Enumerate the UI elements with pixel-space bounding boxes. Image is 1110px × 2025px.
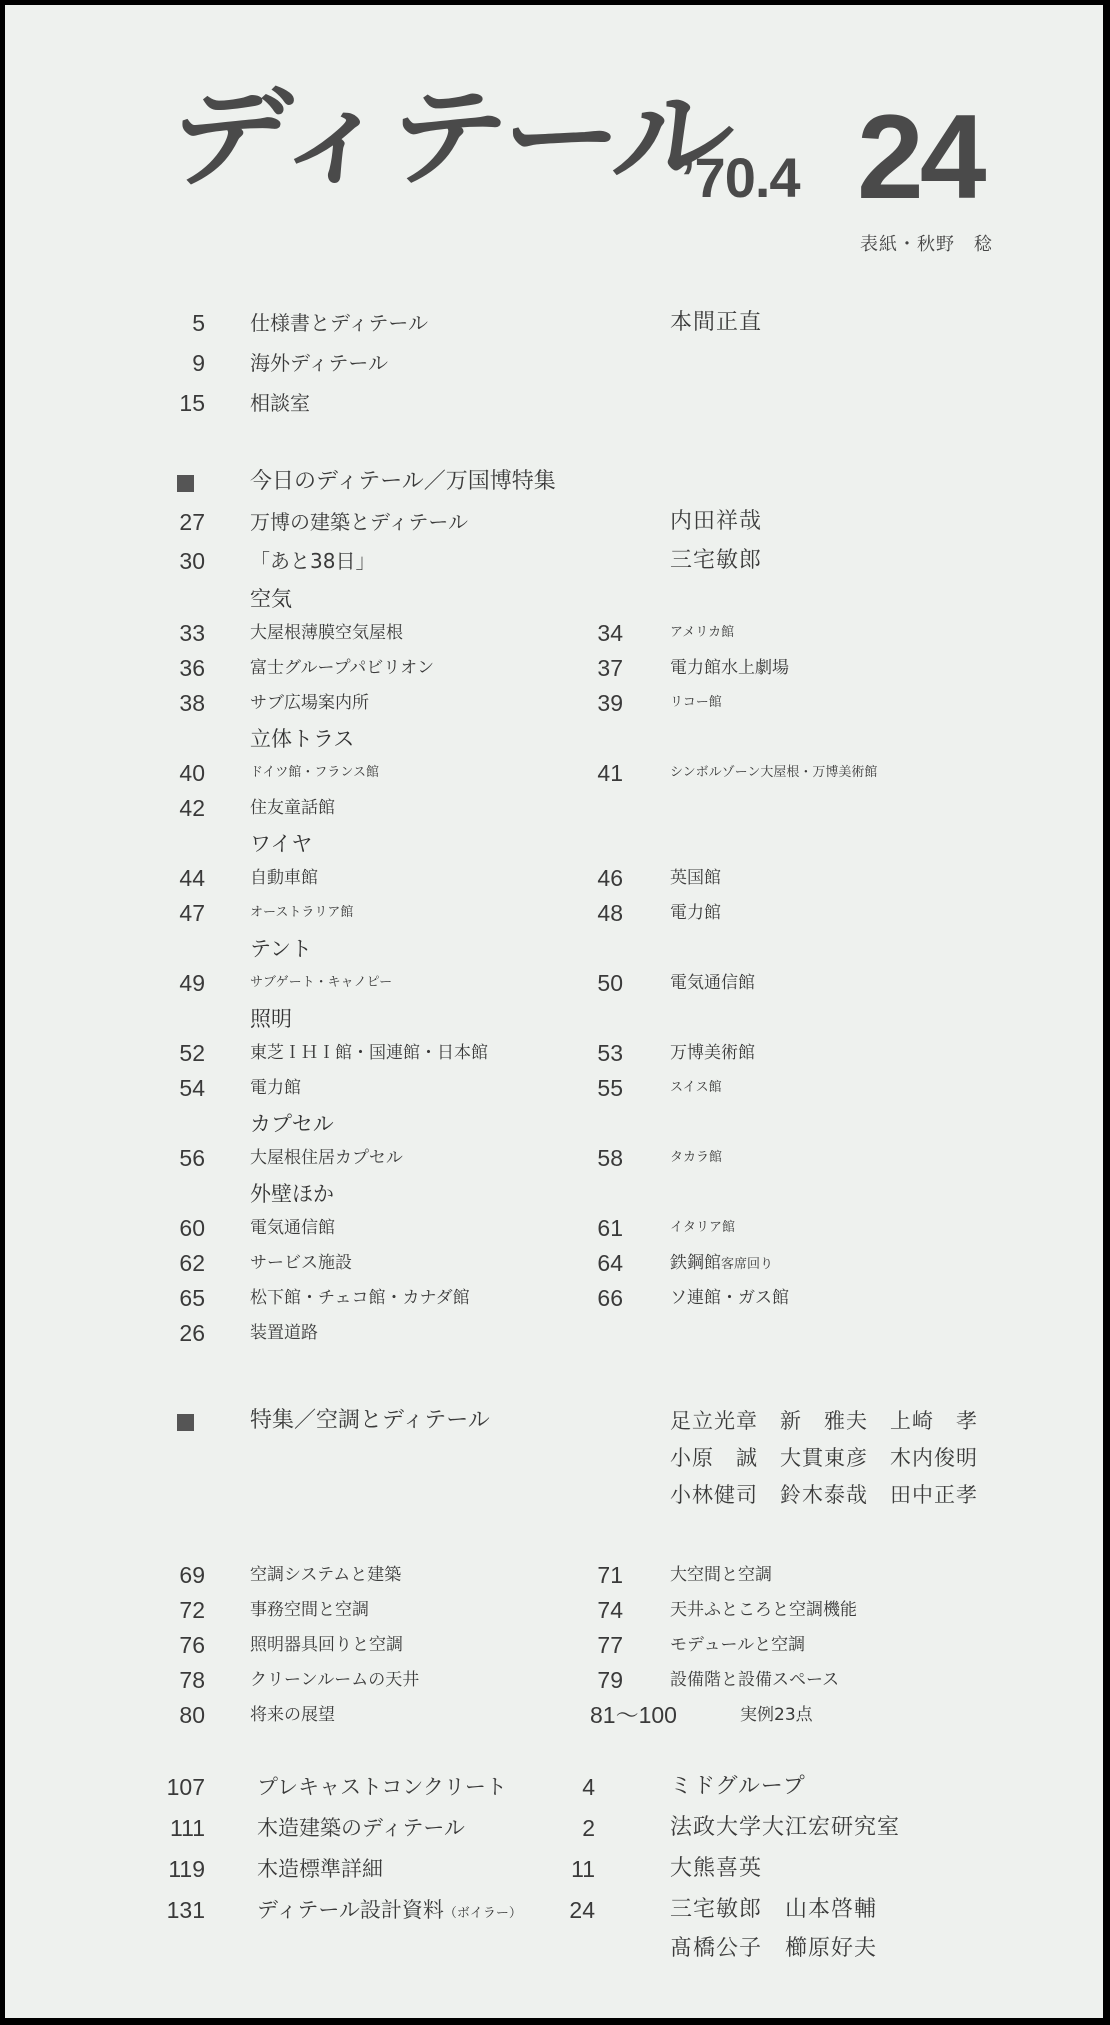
page-number: 72 <box>145 1595 205 1625</box>
entry-title: 自動車館 <box>250 863 318 893</box>
entry-title: 万博の建築とディテール <box>250 507 468 537</box>
series-entry[interactable]: 131 ディテール設計資料（ボイラー） 24 三宅敏郎 山本啓輔 <box>5 1895 1103 1925</box>
entry-title: 富士グループパビリオン <box>250 653 434 683</box>
entry-author: 法政大学大江宏研究室 <box>670 1813 900 1843</box>
group-label: テント <box>250 933 312 963</box>
entry-title-main: ディテール設計資料 <box>257 1898 444 1922</box>
entry-author: ミドグループ <box>670 1772 806 1802</box>
entry-title: ディテール設計資料（ボイラー） <box>257 1895 522 1929</box>
entry-title: モデュールと空調 <box>670 1630 805 1660</box>
page-number: 52 <box>145 1038 205 1068</box>
page-number: 26 <box>145 1318 205 1348</box>
toc-entry-pair[interactable]: 72 事務空間と空調 74 天井ふところと空調機能 <box>5 1595 1103 1625</box>
group-label: 立体トラス <box>250 723 354 753</box>
page-number: 65 <box>145 1283 205 1313</box>
toc-entry-pair[interactable]: 47 オーストラリア館 48 電力館 <box>5 898 1103 928</box>
page-number: 77 <box>563 1630 623 1660</box>
section-bullet-icon <box>177 475 194 492</box>
page-number: 69 <box>145 1560 205 1590</box>
page-number: 5 <box>145 308 205 338</box>
page-number: 79 <box>563 1665 623 1695</box>
toc-entry-pair[interactable]: 69 空調システムと建築 71 大空間と空調 <box>5 1560 1103 1590</box>
entry-title: シンボルゾーン大屋根・万博美術館 <box>670 758 877 788</box>
page-number: 80 <box>145 1700 205 1730</box>
entry-title: 住友童話館 <box>250 793 335 823</box>
entry-title: 鉄鋼館客席回り <box>670 1248 773 1280</box>
page-number: 64 <box>563 1248 623 1278</box>
page-number: 58 <box>563 1143 623 1173</box>
entry-title: サービス施設 <box>250 1248 352 1278</box>
entry-title: プレキャストコンクリート <box>257 1772 507 1802</box>
entry-title: 仕様書とディテール <box>250 308 428 338</box>
toc-entry-pair[interactable]: 52 東芝ＩＨＩ館・国連館・日本館 53 万博美術館 <box>5 1038 1103 1068</box>
toc-entry-pair[interactable]: 65 松下館・チェコ館・カナダ館 66 ソ連館・ガス館 <box>5 1283 1103 1313</box>
page-number: 40 <box>145 758 205 788</box>
page-number: 74 <box>563 1595 623 1625</box>
installment-number: 2 <box>535 1813 595 1843</box>
entry-title: ソ連館・ガス館 <box>670 1283 789 1313</box>
page-number: 37 <box>563 653 623 683</box>
toc-entry-pair[interactable]: 44 自動車館 46 英国館 <box>5 863 1103 893</box>
group-label: 外壁ほか <box>250 1178 334 1208</box>
entry-title: 大屋根薄膜空気屋根 <box>250 618 403 648</box>
entry-title: 「あと38日」 <box>250 546 375 576</box>
entry-title: イタリア館 <box>670 1213 735 1243</box>
page-number: 9 <box>145 348 205 378</box>
entry-title: 空調システムと建築 <box>250 1560 401 1590</box>
page-number: 66 <box>563 1283 623 1313</box>
page-number: 111 <box>145 1813 205 1843</box>
entry-title: クリーンルームの天井 <box>250 1665 419 1695</box>
entry-title: サブゲート・キャノピー <box>250 968 392 998</box>
page-number: 49 <box>145 968 205 998</box>
page-number: 53 <box>563 1038 623 1068</box>
page-number: 30 <box>145 546 205 576</box>
page-number: 27 <box>145 507 205 537</box>
page-number: 46 <box>563 863 623 893</box>
page-number: 78 <box>145 1665 205 1695</box>
entry-title: 電気通信館 <box>250 1213 335 1243</box>
entry-author: 大熊喜英 <box>670 1854 762 1884</box>
entry-title: 大空間と空調 <box>670 1560 772 1590</box>
series-entry[interactable]: 111 木造建築のディテール 2 法政大学大江宏研究室 <box>5 1813 1103 1843</box>
entry-title-note: 客席回り <box>721 1257 773 1272</box>
page-number: 54 <box>145 1073 205 1103</box>
page-number: 55 <box>563 1073 623 1103</box>
toc-entry-pair[interactable]: 56 大屋根住居カプセル 58 タカラ館 <box>5 1143 1103 1173</box>
toc-entry-pair[interactable]: 49 サブゲート・キャノピー 50 電気通信館 <box>5 968 1103 998</box>
toc-entry[interactable]: 42 住友童話館 <box>5 793 1103 823</box>
cover-credit: 表紙・秋野 稔 <box>860 230 993 256</box>
toc-entry-pair[interactable]: 33 大屋根薄膜空気屋根 34 アメリカ館 <box>5 618 1103 648</box>
toc-entry[interactable]: 15 相談室 <box>5 388 1103 418</box>
page-number: 41 <box>563 758 623 788</box>
entry-title: 相談室 <box>250 388 310 418</box>
entry-title: 電力館 <box>670 898 721 928</box>
entry-title: 設備階と設備スペース <box>670 1665 839 1695</box>
group-label: 空気 <box>250 583 292 613</box>
page-number: 42 <box>145 793 205 823</box>
magazine-title: ディテール <box>164 85 733 193</box>
page-range: 81～100 <box>590 1700 700 1730</box>
entry-author: 本間正直 <box>670 308 762 338</box>
toc-entry-pair[interactable]: 36 富士グループパビリオン 37 電力館水上劇場 <box>5 653 1103 683</box>
issue-number: 24 <box>857 97 982 217</box>
entry-title: 装置道路 <box>250 1318 318 1348</box>
toc-entry[interactable]: 27 万博の建築とディテール 内田祥哉 <box>5 507 1103 537</box>
entry-title: 電気通信館 <box>670 968 755 998</box>
entry-title: 天井ふところと空調機能 <box>670 1595 857 1625</box>
page-number: 33 <box>145 618 205 648</box>
page-number: 61 <box>563 1213 623 1243</box>
page-number: 50 <box>563 968 623 998</box>
page-number: 131 <box>145 1895 205 1925</box>
section-bullet-icon <box>177 1414 194 1431</box>
toc-entry-pair[interactable]: 76 照明器具回りと空調 77 モデュールと空調 <box>5 1630 1103 1660</box>
entry-title-main: 鉄鋼館 <box>670 1253 721 1273</box>
entry-author: 三宅敏郎 山本啓輔 <box>670 1895 877 1925</box>
page-number: 71 <box>563 1560 623 1590</box>
entry-title: ドイツ館・フランス館 <box>250 758 379 788</box>
page-number: 107 <box>145 1772 205 1802</box>
entry-title: 松下館・チェコ館・カナダ館 <box>250 1283 470 1313</box>
entry-title: 海外ディテール <box>250 348 388 378</box>
toc-entry-pair[interactable]: 80 将来の展望 81～100 実例23点 <box>5 1700 1103 1730</box>
entry-title: 実例23点 <box>740 1700 813 1730</box>
issue-date: ’70.4 <box>680 145 800 210</box>
entry-title: サブ広場案内所 <box>250 688 369 718</box>
toc-entry-pair[interactable]: 78 クリーンルームの天井 79 設備階と設備スペース <box>5 1665 1103 1695</box>
page-number: 38 <box>145 688 205 718</box>
hvac-authors-line-3: 小林健司 鈴木泰哉 田中正孝 <box>670 1480 978 1510</box>
series-entry[interactable]: 119 木造標準詳細 11 大熊喜英 <box>5 1854 1103 1884</box>
entry-title: 電力館 <box>250 1073 301 1103</box>
section-heading-hvac: 特集／空調とディテール <box>250 1406 490 1436</box>
page-number: 34 <box>563 618 623 648</box>
group-label: 照明 <box>250 1003 292 1033</box>
installment-number: 4 <box>535 1772 595 1802</box>
page-number: 119 <box>145 1854 205 1884</box>
entry-title-note: （ボイラー） <box>444 1906 522 1921</box>
toc-entry[interactable]: 26 装置道路 <box>5 1318 1103 1348</box>
page-number: 47 <box>145 898 205 928</box>
installment-number: 11 <box>535 1854 595 1884</box>
entry-title: 木造建築のディテール <box>257 1813 465 1843</box>
entry-title: 照明器具回りと空調 <box>250 1630 403 1660</box>
entry-title: 事務空間と空調 <box>250 1595 369 1625</box>
page-number: 56 <box>145 1143 205 1173</box>
page-number: 15 <box>145 388 205 418</box>
entry-title: タカラ館 <box>670 1143 722 1173</box>
entry-title: 電力館水上劇場 <box>670 653 789 683</box>
entry-title: リコー館 <box>670 688 722 718</box>
page-number: 48 <box>563 898 623 928</box>
entry-title: 英国館 <box>670 863 721 893</box>
entry-author: 三宅敏郎 <box>670 546 762 576</box>
entry-title: 大屋根住居カプセル <box>250 1143 403 1173</box>
group-label: ワイヤ <box>250 828 312 858</box>
series-entry[interactable]: 107 プレキャストコンクリート 4 ミドグループ <box>5 1772 1103 1802</box>
entry-title: スイス館 <box>670 1073 722 1103</box>
entry-author-line-2: 髙橋公子 櫛原好夫 <box>670 1934 877 1964</box>
toc-entry-pair[interactable]: 40 ドイツ館・フランス館 41 シンボルゾーン大屋根・万博美術館 <box>5 758 1103 788</box>
page-number: 76 <box>145 1630 205 1660</box>
toc-entry[interactable]: 5 仕様書とディテール 本間正直 <box>5 308 1103 338</box>
entry-title: オーストラリア館 <box>250 898 353 928</box>
hvac-authors-line-1: 足立光章 新 雅夫 上崎 孝 <box>670 1406 978 1436</box>
hvac-authors-line-2: 小原 誠 大貫東彦 木内俊明 <box>670 1443 978 1473</box>
section-heading-expo: 今日のディテール／万国博特集 <box>250 467 556 497</box>
entry-title: 将来の展望 <box>250 1700 335 1730</box>
table-of-contents-page: ディテール ’70.4 24 表紙・秋野 稔 5 仕様書とディテール 本間正直 … <box>5 5 1103 2018</box>
toc-entry-pair[interactable]: 60 電気通信館 61 イタリア館 <box>5 1213 1103 1243</box>
entry-title: 木造標準詳細 <box>257 1854 383 1884</box>
page-number: 60 <box>145 1213 205 1243</box>
entry-title: 万博美術館 <box>670 1038 755 1068</box>
entry-author: 内田祥哉 <box>670 507 762 537</box>
installment-number: 24 <box>535 1895 595 1925</box>
toc-entry-pair[interactable]: 62 サービス施設 64 鉄鋼館客席回り <box>5 1248 1103 1278</box>
toc-entry[interactable]: 9 海外ディテール <box>5 348 1103 378</box>
group-label: カプセル <box>250 1108 334 1138</box>
page-number: 62 <box>145 1248 205 1278</box>
toc-entry[interactable]: 30 「あと38日」 三宅敏郎 <box>5 546 1103 576</box>
entry-title: 東芝ＩＨＩ館・国連館・日本館 <box>250 1038 488 1068</box>
page-number: 39 <box>563 688 623 718</box>
entry-title: アメリカ館 <box>670 618 734 648</box>
toc-entry-pair[interactable]: 38 サブ広場案内所 39 リコー館 <box>5 688 1103 718</box>
page-number: 36 <box>145 653 205 683</box>
toc-entry-pair[interactable]: 54 電力館 55 スイス館 <box>5 1073 1103 1103</box>
page-number: 44 <box>145 863 205 893</box>
